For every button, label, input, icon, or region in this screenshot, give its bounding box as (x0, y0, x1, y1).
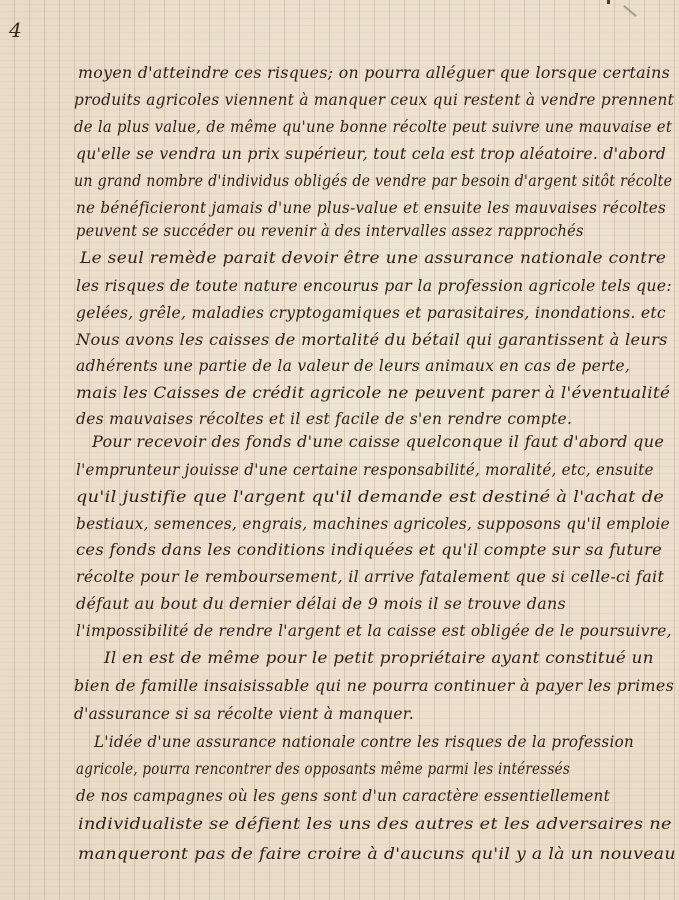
manuscript-line: adhérents une partie de la valeur de leu… (76, 357, 630, 375)
manuscript-line: de nos campagnes où les gens sont d'un c… (76, 787, 610, 805)
manuscript-line: l'emprunteur jouisse d'une certaine resp… (76, 461, 654, 479)
manuscript-line: produits agricoles viennent à manquer ce… (74, 91, 674, 109)
manuscript-line: qu'il justifie que l'argent qu'il demand… (76, 488, 664, 506)
manuscript-line: peuvent se succéder ou revenir à des int… (76, 222, 584, 240)
manuscript-line: de la plus value, de même qu'une bonne r… (74, 118, 672, 136)
manuscript-line: agricole, pourra rencontrer des opposant… (76, 760, 570, 778)
manuscript-line: Pour recevoir des fonds d'une caisse que… (92, 433, 664, 451)
manuscript-line: bien de famille insaisissable qui ne pou… (74, 677, 674, 695)
manuscript-line: mais les Caisses de crédit agricole ne p… (76, 384, 670, 402)
manuscript-line: Le seul remède parait devoir être une as… (80, 249, 666, 267)
manuscript-line: les risques de toute nature encourus par… (76, 277, 672, 295)
manuscript-line: Nous avons les caisses de mortalité du b… (76, 331, 668, 349)
manuscript-line: bestiaux, semences, engrais, machines ag… (76, 515, 670, 533)
manuscript-line: récolte pour le remboursement, il arrive… (76, 568, 664, 586)
manuscript-page: 4 moyen d'atteindre ces risques; on pour… (0, 0, 679, 900)
manuscript-line: ces fonds dans les conditions indiquées … (76, 541, 662, 559)
manuscript-line: l'impossibilité de rendre l'argent et la… (76, 622, 672, 640)
manuscript-line: ne bénéficieront jamais d'une plus-value… (76, 199, 666, 217)
manuscript-line: gelées, grêle, maladies cryptogamiques e… (76, 304, 666, 322)
manuscript-line: Il en est de même pour le petit propriét… (104, 649, 654, 667)
manuscript-line: individualiste se défient les uns des au… (78, 815, 672, 833)
manuscript-line: d'assurance si sa récolte vient à manque… (74, 705, 414, 723)
manuscript-line: L'idée d'une assurance nationale contre … (94, 733, 634, 751)
manuscript-line: moyen d'atteindre ces risques; on pourra… (78, 64, 670, 82)
handwritten-text-body: moyen d'atteindre ces risques; on pourra… (0, 0, 679, 900)
manuscript-line: un grand nombre d'individus obligés de v… (74, 172, 672, 190)
manuscript-line: qu'elle se vendra un prix supérieur, tou… (76, 145, 666, 163)
manuscript-line: des mauvaises récoltes et il est facile … (76, 410, 572, 428)
manuscript-line: manqueront pas de faire croire à d'aucun… (78, 845, 676, 863)
manuscript-line: défaut au bout du dernier délai de 9 moi… (76, 595, 566, 613)
